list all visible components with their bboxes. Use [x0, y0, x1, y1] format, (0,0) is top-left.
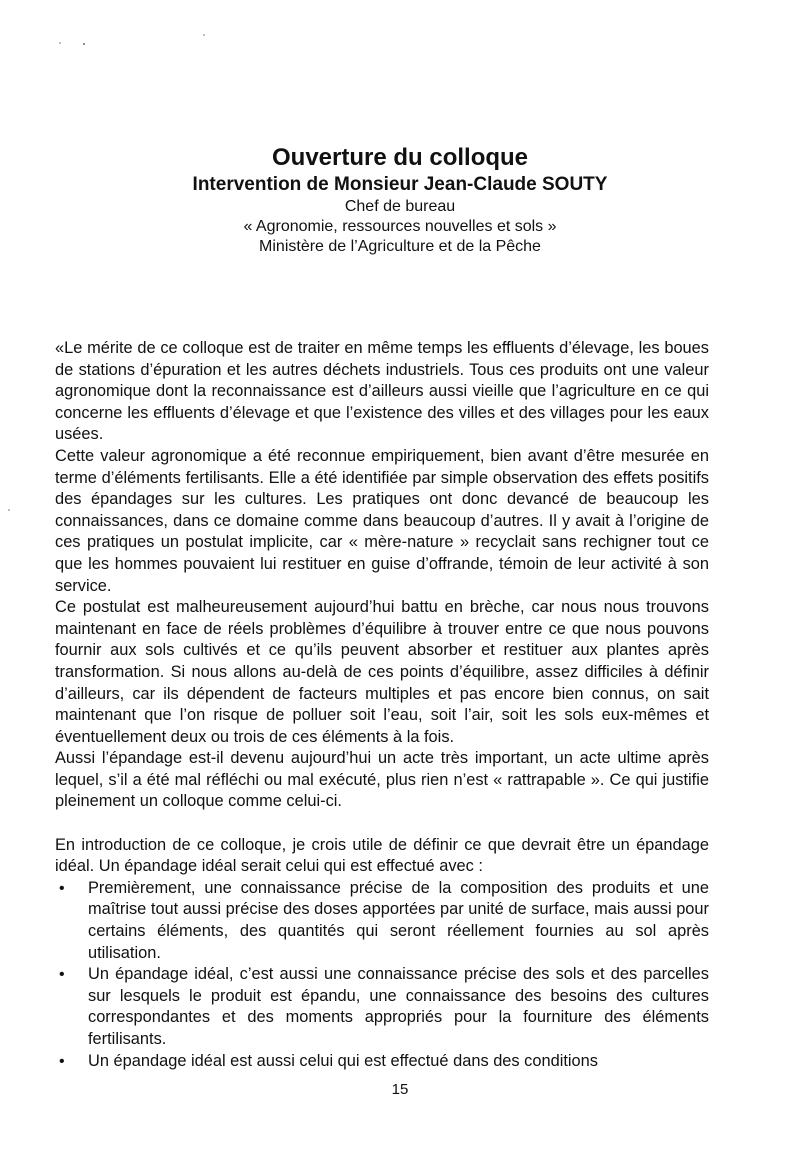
- paragraph: Cette valeur agronomique a été reconnue …: [55, 446, 709, 597]
- scan-speck: [83, 43, 85, 45]
- bullet-list: • Premièrement, une connaissance précise…: [55, 878, 709, 1072]
- bullet-icon: •: [59, 878, 65, 900]
- page-title: Ouverture du colloque: [0, 143, 800, 173]
- paragraph: Ce postulat est malheureusement aujourd’…: [55, 597, 709, 748]
- paragraph: Aussi l’épandage est-il devenu aujourd’h…: [55, 748, 709, 813]
- affiliation-line: Ministère de l’Agriculture et de la Pêch…: [0, 237, 800, 257]
- scan-speck: [59, 42, 61, 44]
- affiliation-line: Chef de bureau: [0, 197, 800, 217]
- scan-speck: [8, 509, 10, 511]
- affiliation-line: « Agronomie, ressources nouvelles et sol…: [0, 217, 800, 237]
- list-item: • Un épandage idéal, c’est aussi une con…: [55, 964, 709, 1050]
- bullet-icon: •: [59, 1051, 65, 1073]
- document-header: Ouverture du colloque Intervention de Mo…: [0, 143, 800, 257]
- speaker-subtitle: Intervention de Monsieur Jean-Claude SOU…: [0, 173, 800, 197]
- intro-paragraph: En introduction de ce colloque, je crois…: [55, 835, 709, 878]
- list-item-text: Un épandage idéal, c’est aussi une conna…: [88, 965, 709, 1048]
- list-item-text: Premièrement, une connaissance précise d…: [88, 879, 709, 962]
- list-item: • Premièrement, une connaissance précise…: [55, 878, 709, 964]
- document-body: «Le mérite de ce colloque est de traiter…: [55, 338, 709, 1072]
- page-number: 15: [0, 1081, 800, 1098]
- list-item: • Un épandage idéal est aussi celui qui …: [55, 1051, 709, 1073]
- paragraph: «Le mérite de ce colloque est de traiter…: [55, 338, 709, 446]
- paragraph-spacer: [55, 813, 709, 835]
- list-item-text: Un épandage idéal est aussi celui qui es…: [88, 1052, 598, 1070]
- bullet-icon: •: [59, 964, 65, 986]
- scan-speck: [203, 34, 205, 36]
